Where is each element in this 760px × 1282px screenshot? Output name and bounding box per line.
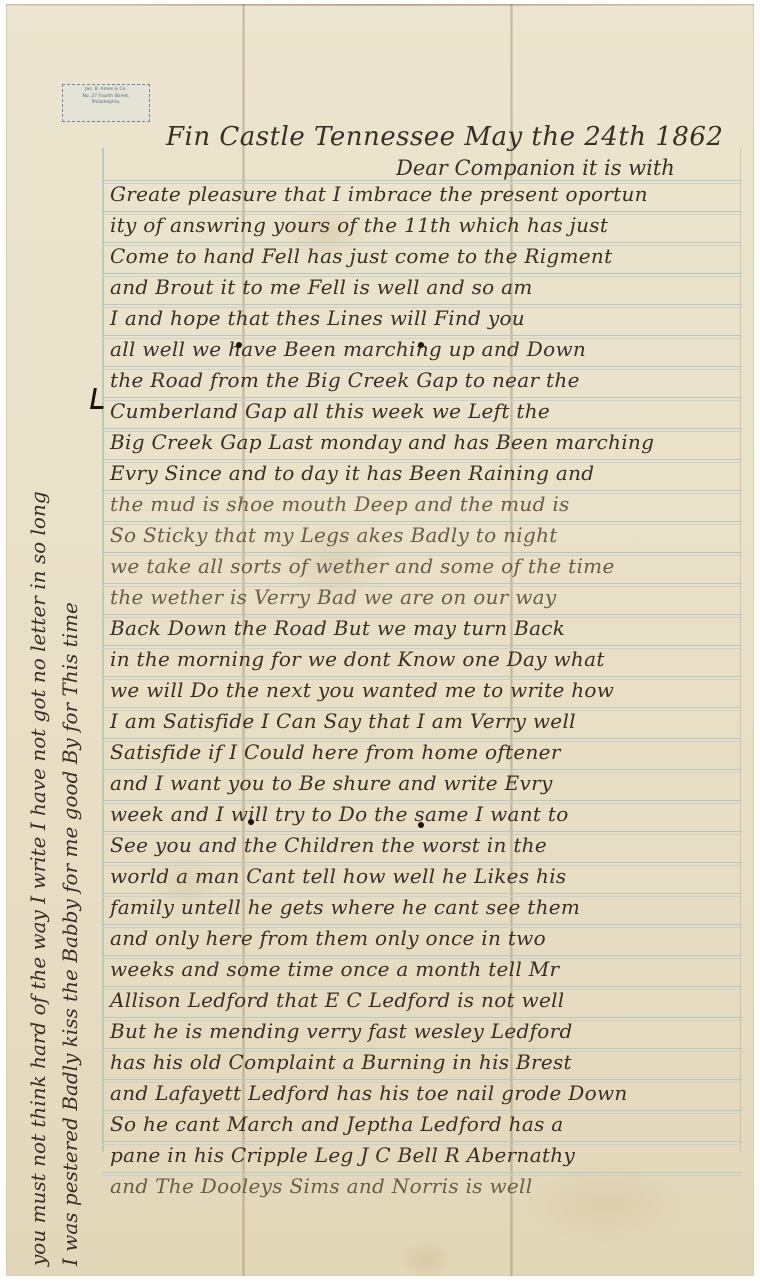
- body-line: the mud is shoe mouth Deep and the mud i…: [110, 492, 570, 516]
- ruled-line: [102, 552, 742, 553]
- fold-crease-top: [6, 4, 754, 6]
- margin-note-line-1: you must not think hard of the way I wri…: [26, 491, 50, 1266]
- stationer-stamp: Jas. B. Ames & Co. No. 27 Fourth Street,…: [62, 84, 150, 122]
- body-line: So Sticky that my Legs akes Badly to nig…: [110, 523, 558, 547]
- body-line: I and hope that thes Lines will Find you: [110, 306, 525, 330]
- body-line: Allison Ledford that E C Ledford is not …: [110, 988, 564, 1012]
- body-line: and I want you to Be shure and write Evr…: [110, 771, 553, 795]
- ruled-line: [102, 955, 742, 956]
- body-line: So he cant March and Jeptha Ledford has …: [110, 1112, 564, 1136]
- ruled-line: [102, 490, 742, 491]
- ruled-line: [102, 676, 742, 677]
- ruled-line: [102, 1079, 742, 1080]
- ruled-line: [102, 304, 742, 305]
- body-line: I am Satisfide I Can Say that I am Verry…: [110, 709, 576, 733]
- ruled-line: [102, 428, 742, 429]
- body-line: Come to hand Fell has just come to the R…: [110, 244, 612, 268]
- ruled-line: [102, 211, 742, 212]
- body-line: we take all sorts of wether and some of …: [110, 554, 615, 578]
- ruled-line: [102, 614, 742, 615]
- body-line: all well we have Been marching up and Do…: [110, 337, 586, 361]
- body-line: the Road from the Big Creek Gap to near …: [110, 368, 580, 392]
- ruled-line: [102, 1141, 742, 1142]
- body-line: week and I will try to Do the same I wan…: [110, 802, 569, 826]
- ruled-line: [102, 1110, 742, 1111]
- body-line: pane in his Cripple Leg J C Bell R Abern…: [110, 1143, 575, 1167]
- ruled-line: [102, 366, 742, 367]
- ruled-line: [102, 831, 742, 832]
- pin-hole: [236, 342, 242, 348]
- body-line: world a man Cant tell how well he Likes …: [110, 864, 566, 888]
- ruled-line: [102, 986, 742, 987]
- body-line: But he is mending verry fast wesley Ledf…: [110, 1019, 573, 1043]
- pin-hole: [418, 342, 424, 348]
- pin-hole: [248, 819, 254, 825]
- body-line: the wether is Verry Bad we are on our wa…: [110, 585, 557, 609]
- ruled-line: [102, 1048, 742, 1049]
- body-line: has his old Complaint a Burning in his B…: [110, 1050, 572, 1074]
- body-line: in the morning for we dont Know one Day …: [110, 647, 605, 671]
- ruled-line: [102, 924, 742, 925]
- ruled-line: [102, 1172, 742, 1173]
- ruled-line: [102, 769, 742, 770]
- ruled-line: [102, 1017, 742, 1018]
- ruled-line: [102, 738, 742, 739]
- body-line: family untell he gets where he cant see …: [110, 895, 580, 919]
- body-line: Cumberland Gap all this week we Left the: [110, 399, 550, 423]
- body-line: Greate pleasure that I imbrace the prese…: [110, 182, 648, 206]
- pin-hole: [418, 822, 424, 828]
- body-line: and The Dooleys Sims and Norris is well: [110, 1174, 532, 1198]
- stamp-line: Philadelphia.: [66, 100, 146, 107]
- body-line: Evry Since and to day it has Been Rainin…: [110, 461, 594, 485]
- ruled-line: [102, 180, 742, 181]
- body-line: See you and the Children the worst in th…: [110, 833, 547, 857]
- body-line: and Lafayett Ledford has his toe nail gr…: [110, 1081, 628, 1105]
- ruled-line: [102, 893, 742, 894]
- body-line: Back Down the Road But we may turn Back: [110, 616, 565, 640]
- ruled-line: [102, 273, 742, 274]
- ruled-line: [102, 521, 742, 522]
- letter-heading: Fin Castle Tennessee May the 24th 1862: [166, 122, 723, 152]
- ruled-line: [102, 583, 742, 584]
- body-line: Big Creek Gap Last monday and has Been m…: [110, 430, 654, 454]
- body-line: ity of answring yours of the 11th which …: [110, 213, 608, 237]
- body-line: and Brout it to me Fell is well and so a…: [110, 275, 533, 299]
- body-line: Satisfide if I Could here from home ofte…: [110, 740, 561, 764]
- ruled-line: [102, 335, 742, 336]
- ruled-line: [102, 862, 742, 863]
- ruled-line: [102, 645, 742, 646]
- body-line: weeks and some time once a month tell Mr: [110, 957, 559, 981]
- ruled-line: [102, 459, 742, 460]
- ruled-line: [102, 397, 742, 398]
- margin-note-line-2: I was pestered Badly kiss the Babby for …: [58, 602, 82, 1266]
- ruled-line: [102, 242, 742, 243]
- body-line: and only here from them only once in two: [110, 926, 546, 950]
- ruled-line: [102, 707, 742, 708]
- salutation: Dear Companion it is with: [396, 156, 675, 180]
- body-line: we will Do the next you wanted me to wri…: [110, 678, 614, 702]
- letter-sheet: Jas. B. Ames & Co. No. 27 Fourth Street,…: [6, 4, 754, 1276]
- ruled-line: [102, 800, 742, 801]
